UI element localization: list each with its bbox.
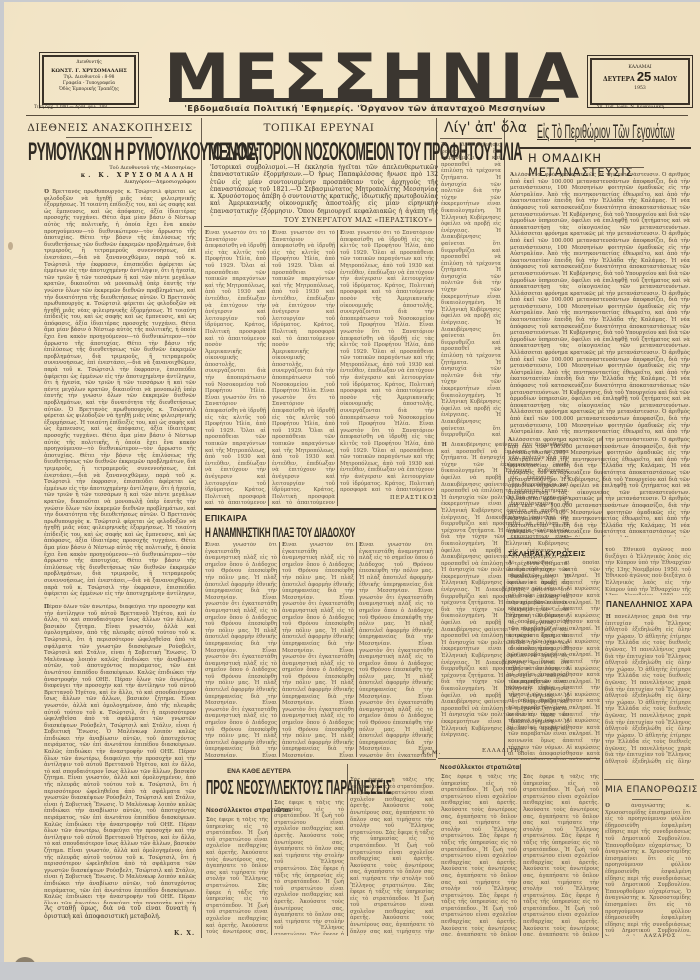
rule [507,538,597,539]
article-body-monday-col1: Σὰς ἔφερε ἡ τάξις τῆς ὑπηρεσίας εἰς τὸ σ… [206,817,268,935]
ink-stain [8,242,13,250]
rule [519,147,691,149]
article-body-local-col2: Εἶναι γνωστὸν ὅτι τὸ Σανατόριον ἀπεφασίσ… [272,230,335,505]
column-rule [271,800,272,935]
column-rule [504,436,505,756]
rule [204,759,436,760]
article-body-current-col1: Εἶναι γνωστὸν ὅτι ἐγκατεστάθη ἀναμνηστικ… [205,542,277,757]
section-kicker-monday: ΕΝΑ ΚΑΘΕ ΔΕΥΤΕΡΑ [204,768,314,775]
issue-price: Τιμὴ δρχ. 1.000 — Ἀριθ. φύλ. 388 [34,105,107,110]
rule [604,779,694,780]
column-rule [268,230,269,506]
date-box: ΚΑΛΑΜΑΙ ΔΕΥΤΕΡΑ 25 ΜΑΪΟΥ 1953 [590,58,690,105]
section-kicker-local: ΤΟΠΙΚΑΙ ΕΡΕΥΝΑΙ [202,122,436,134]
article-body-local-col3: Εἶναι γνωστὸν ὅτι τὸ Σανατόριον ἀπεφασίσ… [340,230,434,492]
article-body-margin-2: Ἀλλάσσεται φρόνημα κρατικῶς μὲ τὴν μεταν… [508,437,690,537]
rule [204,508,436,510]
signature-international: Κ. Χ. [174,930,195,937]
article-body-correction: Ὁ ἀναγνώστης κ. Χρυσοστομίδης ἐπισημαίνε… [605,803,691,936]
article-body-monday-col3: Σὰς ἔφερε ἡ τάξις τῆς ὑπηρεσίας εἰς τὸ σ… [350,777,434,935]
byline-local: ΤΟΥ ΣΥΝΕΡΓΑΤΟΥ ΜΑΣ «ΠΕΡΑΣΤΙΚΟΥ» [284,216,433,224]
column-rule [337,230,338,506]
article-body-current-col2: Εἶναι γνωστὸν ὅτι ἐγκατεστάθη ἀναμνηστικ… [282,542,354,757]
issue-date: ΔΕΥΤΕΡΑ 25 ΜΑΪΟΥ [592,72,688,84]
column-rule [201,118,202,938]
day-number: 25 [637,69,651,84]
article-body-cyprus-side: τοῦ Ἐθνικοῦ ἁγῶνος ποὺ διεξάγει ὁ Ἑλληνι… [605,547,691,595]
column-rule [520,764,521,936]
byline-international: Τοῦ Διευθυντοῦ τῆς «Μεσσηνίας» κ. Κ. ΧΡΥ… [64,165,196,186]
headline-correction: ΜΙΑ ΕΠΑΝΟΡΘΩΣΙΣ [605,785,698,795]
article-closing-international: Ἂς σταθῇ ὅμως, διὰ νὰ τοῦ εἶναι δυνατὴ ἡ… [44,905,196,927]
byline-label: Τοῦ Διευθυντοῦ τῆς «Μεσσηνίας» [64,165,196,172]
newspaper-subtitle: 'Εβδομαδιαία Πολιτική 'Εφημερίς. 'Όργανο… [169,103,561,113]
column-rule [356,542,357,757]
rule [204,226,436,227]
author-name: κ. Κ. ΧΡΥΣΟΜΑΛΛΗ [64,172,196,179]
article-body-international-2: Πέραν ὅλων τῶν ἀνωτέρω, διαφεύγει τὴν πρ… [44,604,196,904]
article-lead-local: 'Ιστορικαὶ συμβολισμοί.—Ἡ ἐκκλησία ἡγεῖτ… [210,164,438,216]
article-body-current-col3: Εἶναι γνωστὸν ὅτι ἐγκατεστάθη ἀναμνηστικ… [359,542,433,757]
article-body-little-of-all: Ἡ Διακυβέρνησις φαίνεται ὅτι διερρυθμίζε… [441,142,501,437]
signature-current: Γ. Μ. [422,750,441,756]
subhead-monday-2: Νεοσύλλεκτοι στρατιῶται [440,764,521,771]
rule [584,167,644,168]
weekday: ΔΕΥΤΕΡΑ [603,76,635,83]
printer-credit: Ὑπ. Τυπ. Ἰωάν. Ν. Κουκουλάκη [596,105,664,110]
author-title: Δικηγόρου—Δημοσιογράφου [64,179,196,186]
headline-little-of-all: Λίγ' ἀπ' ὅλα [444,120,527,136]
headline-joy: ΠΑΝΕΛΛΗΝΙΟΣ ΧΑΡΑ [606,600,693,609]
director-label: Διευθυντής [44,59,134,67]
title-rule [169,98,559,102]
article-body-margin: Ἀλλάσσεται φρόνημα κρατικῶς μὲ τὴν μεταν… [510,172,690,434]
headline-cyprus: ΣΚΛΗΡΑΙ ΚΥΡΩΣΕΙΣ [508,549,586,558]
article-body-international: Ὁ Βρεττανὸς πρωθυπουργὸς κ. Τσώρτσιλ φέρ… [44,189,196,599]
headline-international: ΡΥΜΟΥΛΚΩΝ Η ΡΥΜΟΥΛΚΟΥΜΕΝΟΣ; [28,138,204,167]
scan-margin [0,962,700,980]
newspaper-page: Διευθυντής ΚΩΝΣΤ. Γ. ΧΡΥΣΟΜΑΛΛΗΣ Τηλ. Δι… [4,2,700,964]
article-body-cyprus: Αἱ κυρώσεις αἱ ὁποῖαι ἀποφασίσθησαν κατὰ… [508,560,600,760]
section-kicker-margin: Εἰς Τὸ Περιθώριον Τῶν Γεγονότων [537,122,700,144]
month: ΜΑΪΟΥ [653,76,677,83]
rule [440,138,502,139]
column-rule [347,764,348,936]
article-body-local-col1: Εἶναι γνωστὸν ὅτι τὸ Σανατόριον ἀπεφασίσ… [205,230,266,505]
section-kicker-international: ΔΙΕΘΝΕΙΣ ΑΝΑΣΚΟΠΗΣΕΙΣ [26,122,194,134]
director-name: ΚΩΝΣΤ. Γ. ΧΡΥΣΟΜΑΛΛΗΣ [44,67,134,75]
article-body-joy: Ἡ πανελλήνιος χαρὰ διὰ τὴν ἐπιτυχίαν τοῦ… [605,614,691,764]
section-kicker-current: ΕΠΙΚΑΙΡΑ [205,513,247,523]
signature-local: ΠΕΡΑΣΤΙΚΟΣ [390,495,438,501]
director-box: Διευθυντής ΚΩΝΣΤ. Γ. ΧΡΥΣΟΜΑΛΛΗΣ Τηλ. Δι… [42,55,136,105]
rule [632,799,662,800]
signature-monday: ΛΑΖΑΡΟΣ [644,933,676,939]
article-body-monday-col4: Σὰς ἔφερε ἡ τάξις τῆς ὑπηρεσίας εἰς τὸ σ… [441,774,517,936]
masthead-divider [26,115,688,116]
column-rule [279,542,280,757]
year: 1953 [592,84,688,93]
article-body-monday-col5: Σὰς ἔφερε ἡ τάξις τῆς ὑπηρεσίας εἰς τὸ σ… [523,774,599,936]
office-street: Ὁδὸς Ἐμπορικῆς Τραπέζης [44,87,134,93]
article-body-monday-col2: Σὰς ἔφερε ἡ τάξις τῆς ὑπηρεσίας εἰς τὸ σ… [274,800,344,935]
